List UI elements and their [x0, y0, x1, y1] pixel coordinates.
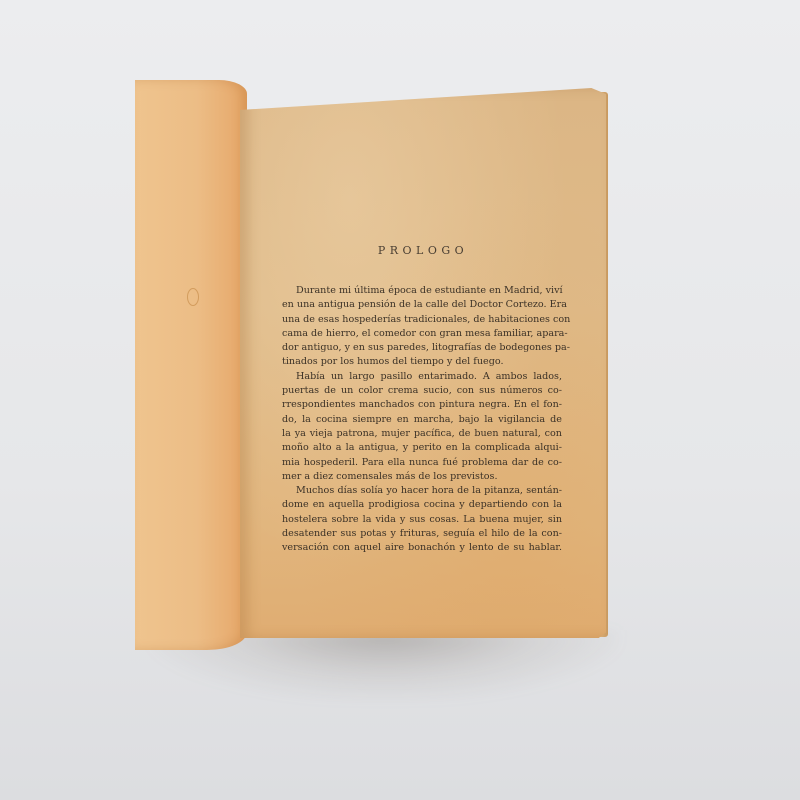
text-line: puertas de un color crema sucio, con sus… [282, 384, 562, 398]
paragraph-2: Había un largo pasillo entarimado. A amb… [282, 370, 562, 484]
text-line: versación con aquel aire bonachón y lent… [282, 541, 562, 555]
text-line: hostelera sobre la vida y sus cosas. La … [282, 513, 562, 527]
text-line: do, la cocina siempre en marcha, bajo la… [282, 413, 562, 427]
text-line: moño alto a la antigua, y perito en la c… [282, 441, 562, 455]
page-title: PROLOGO [240, 244, 606, 257]
text-line: la ya vieja patrona, mujer pacífica, de … [282, 427, 562, 441]
text-line: dome en aquella prodigiosa cocina y depa… [282, 498, 562, 512]
text-line: mer a diez comensales más de los previst… [282, 470, 562, 484]
text-line: en una antigua pensión de la calle del D… [282, 298, 562, 312]
body-text: Durante mi última época de estudiante en… [282, 284, 562, 556]
text-line: cama de hierro, el comedor con gran mesa… [282, 327, 562, 341]
paragraph-1: Durante mi última época de estudiante en… [282, 284, 562, 370]
paper-stain [187, 288, 199, 306]
text-line: Había un largo pasillo entarimado. A amb… [282, 370, 562, 384]
text-line: rrespondientes manchados con pintura neg… [282, 398, 562, 412]
text-line: mia hospederil. Para ella nunca fué prob… [282, 456, 562, 470]
text-line: Muchos días solía yo hacer hora de la pi… [282, 484, 562, 498]
text-line: desatender sus potas y frituras, seguía … [282, 527, 562, 541]
text-line: dor antiguo, y en sus paredes, litografí… [282, 341, 562, 355]
paragraph-3: Muchos días solía yo hacer hora de la pi… [282, 484, 562, 555]
left-page-curled [135, 80, 247, 650]
text-line: tinados por los humos del tiempo y del f… [282, 355, 562, 369]
text-line: Durante mi última época de estudiante en… [282, 284, 562, 298]
text-line: una de esas hospederías tradicionales, d… [282, 313, 562, 327]
